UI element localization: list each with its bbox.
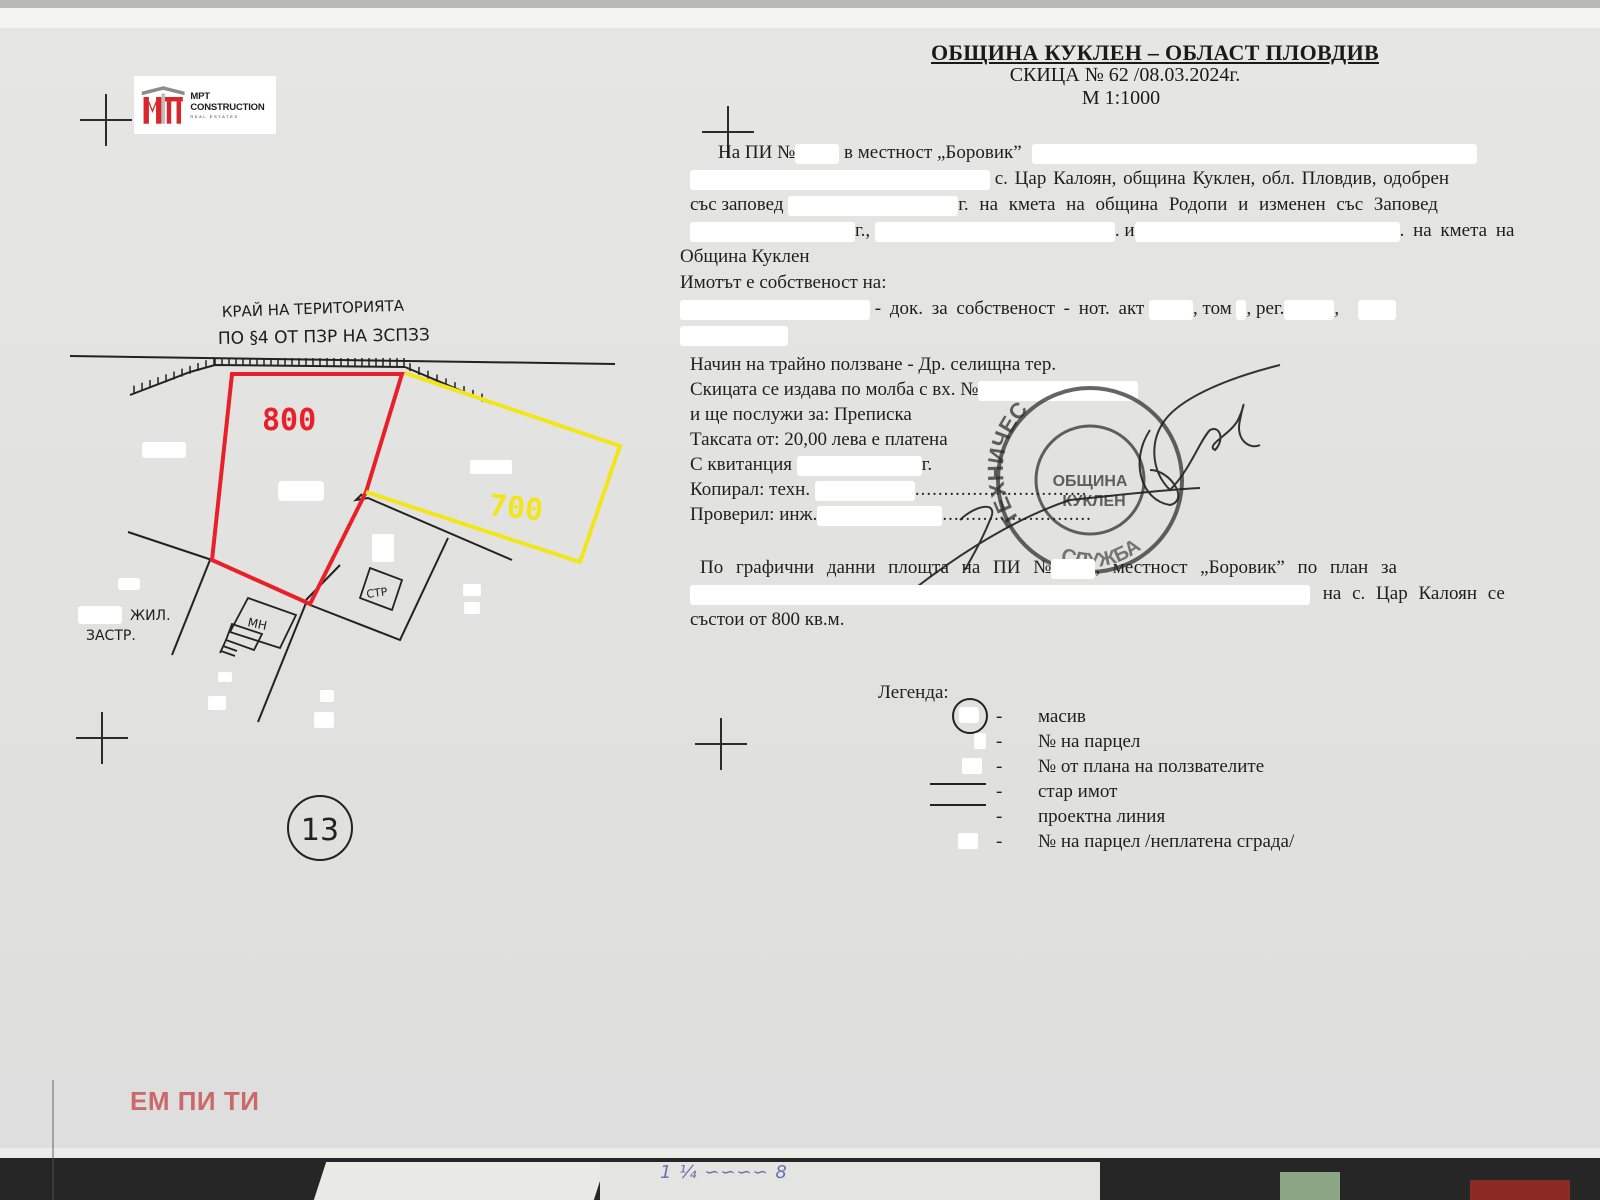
parcel-800-label: 800 <box>262 403 316 438</box>
massif-number: 13 <box>301 813 339 848</box>
boundary-note: КРАЙ НА ТЕРИТОРИЯТА <box>221 296 405 321</box>
watermark: ЕМ ПИ ТИ <box>130 1086 259 1117</box>
zone-label: ЗАСТР. <box>86 628 136 644</box>
boundary-note: ПО §4 ОТ ПЗР НА ЗСПЗЗ <box>218 325 430 349</box>
building-label: СТР <box>366 585 389 601</box>
zone-label: ЖИЛ. <box>130 608 171 624</box>
parcel-700-label: 700 <box>487 488 545 528</box>
cadastral-sketch: КРАЙ НА ТЕРИТОРИЯТА ПО §4 ОТ ПЗР НА ЗСПЗ… <box>0 0 1600 1200</box>
